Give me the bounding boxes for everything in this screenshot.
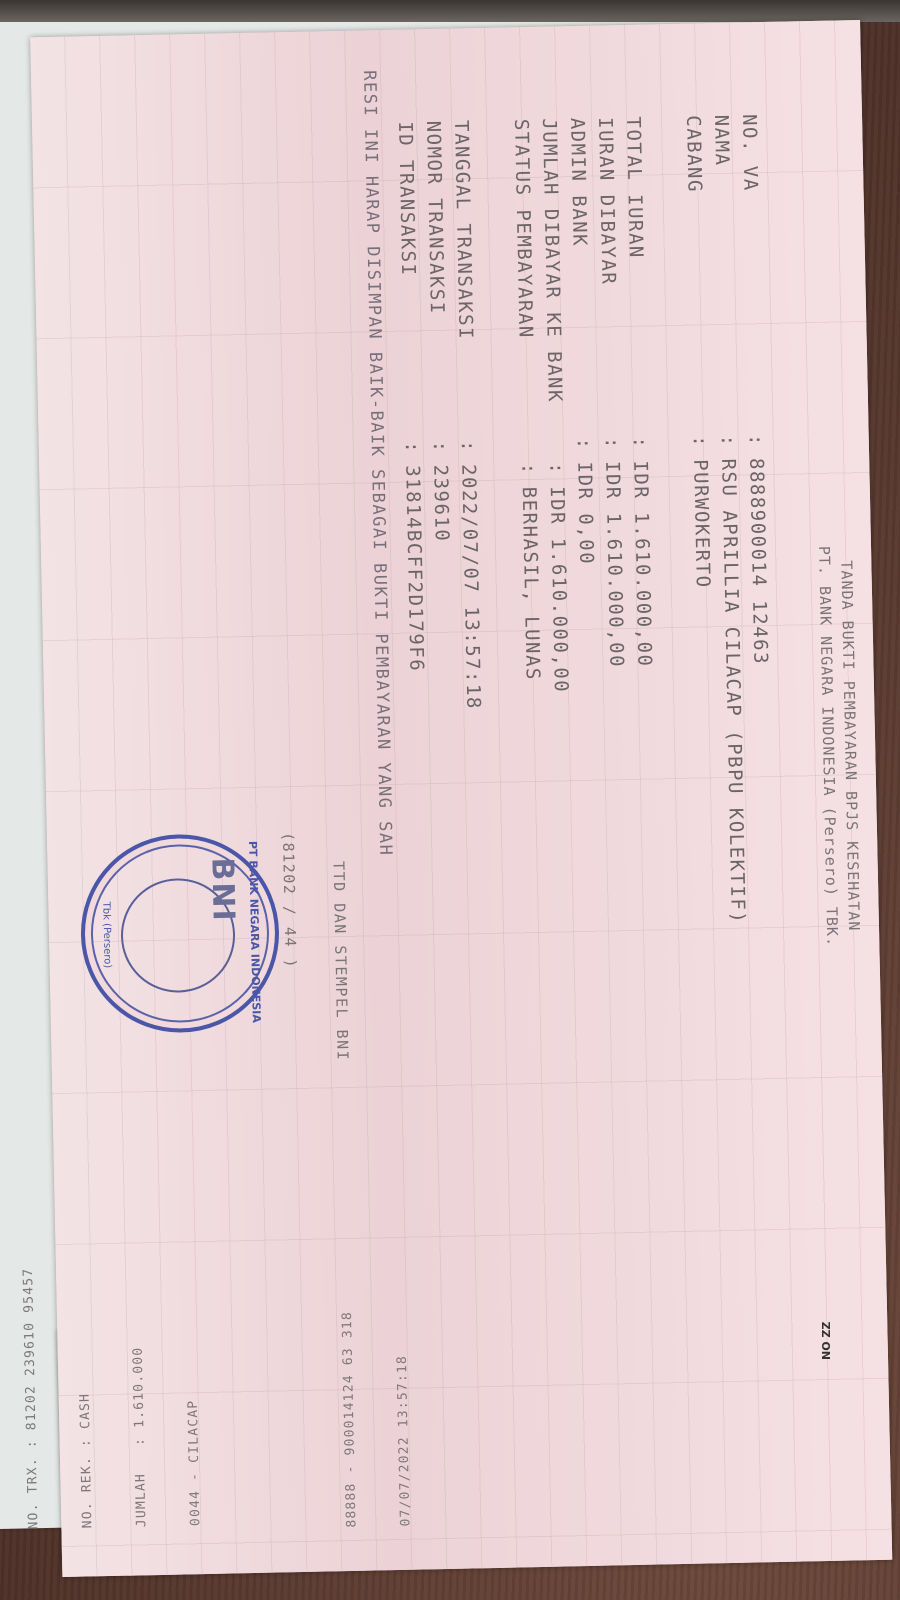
side-strip-text: NO ZZ: [820, 1200, 838, 1360]
validation-print-block-a: NO. TRX. : 81202 239610 95457 NO. REK. :…: [0, 1263, 241, 1530]
signature-label: TTD DAN STEMPEL BNI: [330, 861, 352, 1061]
stamp-suffix: Tbk (Persero): [99, 840, 114, 1030]
validation-print-block-b: 88888 - 900014124 63 318 07/07/2022 13:5…: [303, 1309, 452, 1529]
bni-logo-icon: BNI: [204, 857, 240, 923]
teller-code: (81202 / 44 ): [279, 832, 300, 969]
receipt-header: TANDA BUKTI PEMBAYARAN BPJS KESEHATAN PT…: [813, 560, 865, 947]
stamp-ring-text: PT BANK NEGARA INDONESIA: [246, 837, 263, 1027]
background-shadow: [0, 0, 900, 22]
payment-receipt: TANDA BUKTI PEMBAYARAN BPJS KESEHATAN PT…: [30, 20, 892, 1577]
bni-stamp: PT BANK NEGARA INDONESIA BNI Tbk (Perser…: [79, 832, 281, 1034]
